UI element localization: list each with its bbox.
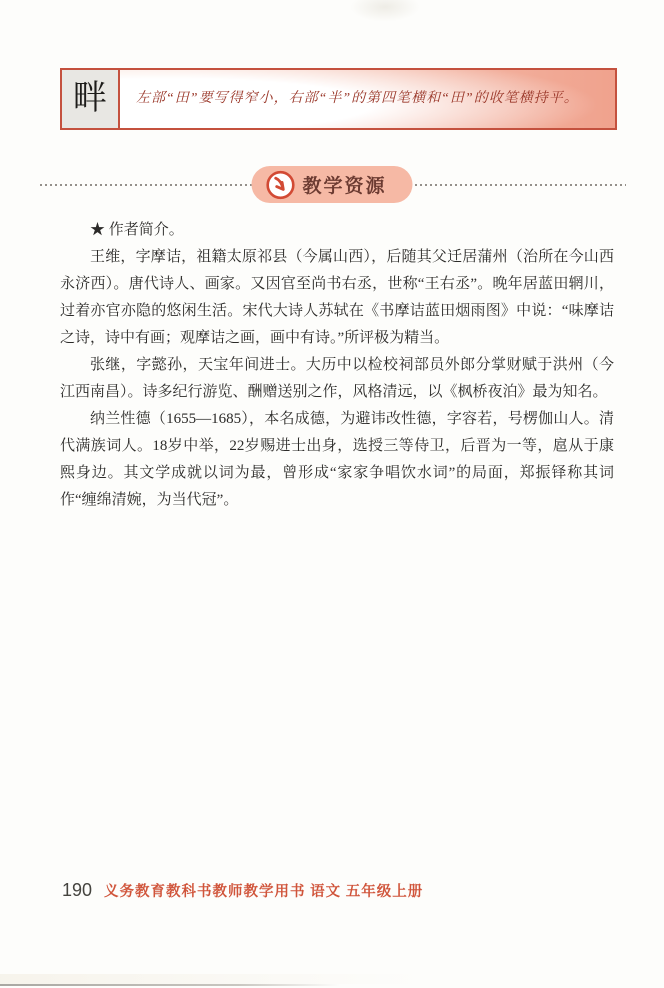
writing-tip-text: 左部“田”要写得窄小，右部“半”的第四笔横和“田”的收笔横持平。 bbox=[136, 89, 579, 109]
book-page: 畔 左部“田”要写得窄小，右部“半”的第四笔横和“田”的收笔横持平。 教学资源 … bbox=[0, 0, 664, 988]
page-bottom-tint bbox=[0, 974, 664, 984]
tip-text-area: 左部“田”要写得窄小，右部“半”的第四笔横和“田”的收笔横持平。 bbox=[120, 70, 615, 128]
practice-character: 畔 bbox=[73, 82, 107, 116]
author-intro-heading: ★ 作者简介。 bbox=[60, 217, 614, 244]
writing-tip-box: 畔 左部“田”要写得窄小，右部“半”的第四笔横和“田”的收笔横持平。 bbox=[60, 68, 617, 130]
section-title: 教学资源 bbox=[302, 171, 386, 198]
paragraph-nalan-xingde: 纳兰性德（1655—1685），本名成德，为避讳改性德，字容若，号楞伽山人。清代… bbox=[60, 406, 614, 514]
section-pill: 教学资源 bbox=[251, 166, 412, 203]
page-number: 190 bbox=[62, 880, 92, 901]
arrow-down-right-icon bbox=[265, 170, 295, 200]
book-title: 义务教育教科书教师教学用书 语文 五年级上册 bbox=[104, 880, 423, 901]
scan-smudge bbox=[350, 0, 420, 22]
character-cell: 畔 bbox=[62, 70, 120, 128]
section-header: 教学资源 bbox=[0, 166, 664, 204]
teaching-resource-content: ★ 作者简介。 王维，字摩诘，祖籍太原祁县（今属山西），后随其父迁居蒲州（治所在… bbox=[60, 217, 614, 514]
page-edge-line bbox=[0, 984, 340, 986]
paragraph-wang-wei: 王维，字摩诘，祖籍太原祁县（今属山西），后随其父迁居蒲州（治所在今山西永济西）。… bbox=[60, 244, 614, 352]
paragraph-zhang-ji: 张继，字懿孙，天宝年间进士。大历中以检校祠部员外郎分掌财赋于洪州（今江西南昌）。… bbox=[60, 352, 614, 406]
page-footer: 190 义务教育教科书教师教学用书 语文 五年级上册 bbox=[62, 880, 423, 901]
